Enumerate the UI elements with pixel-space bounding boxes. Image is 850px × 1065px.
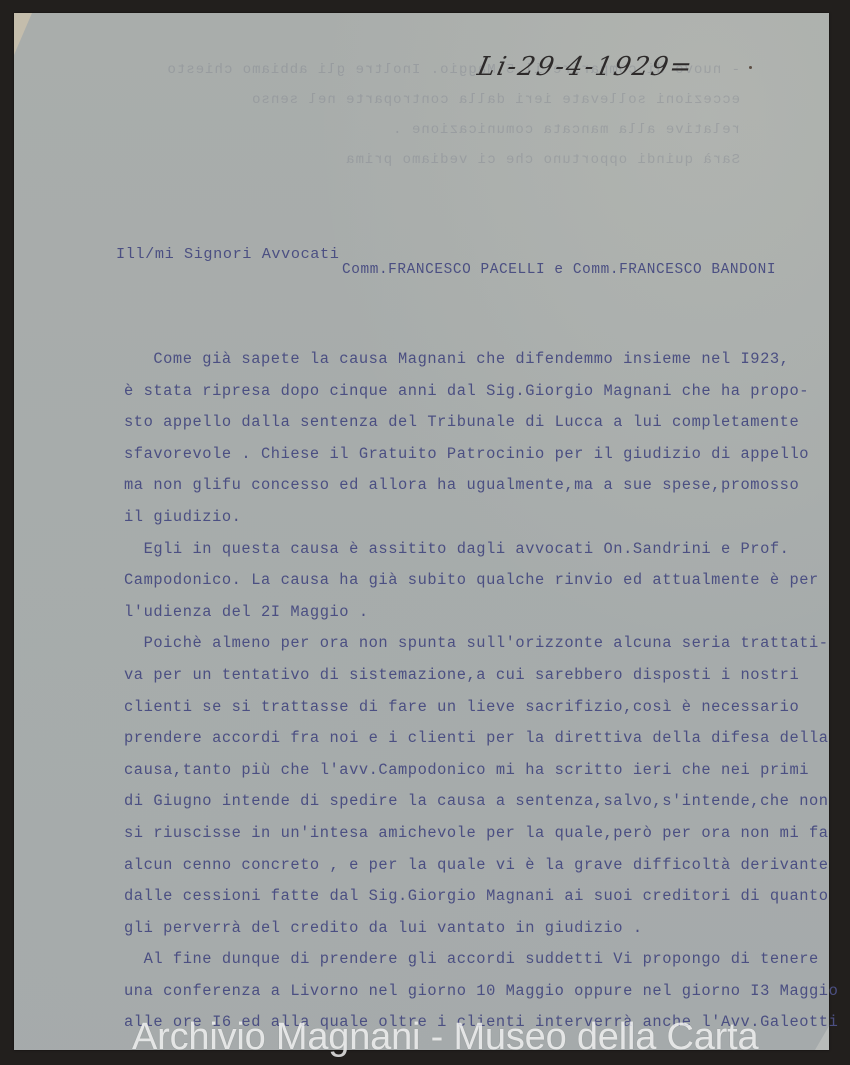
body-line: va per un tentativo di sistemazione,a cu… [124, 660, 850, 692]
salutation: Ill/mi Signori Avvocati [116, 245, 339, 263]
body-line: il giudizio. [124, 502, 850, 534]
ink-spot [749, 66, 752, 69]
body-line: gli perverrà del credito da lui vantato … [124, 913, 850, 945]
body-line: Come già sapete la causa Magnani che dif… [124, 344, 850, 376]
bleed-line: Sarà quindi opportuno che ci vediamo pri… [120, 145, 740, 175]
body-line: prendere accordi fra noi e i clienti per… [124, 723, 850, 755]
body-line: l'udienza del 2I Maggio . [124, 597, 850, 629]
body-line: Egli in questa causa è assitito dagli av… [124, 534, 850, 566]
archive-watermark: Archivio Magnani - Museo della Carta [132, 1016, 758, 1059]
body-line: una conferenza a Livorno nel giorno 10 M… [124, 976, 850, 1008]
recipients: Comm.FRANCESCO PACELLI e Comm.FRANCESCO … [342, 262, 776, 278]
body-line: alcun cenno concreto , e per la quale vi… [124, 850, 850, 882]
body-line: si riuscisse in un'intesa amichevole per… [124, 818, 850, 850]
body-line: di Giugno intende di spedire la causa a … [124, 786, 850, 818]
letter-body: Come già sapete la causa Magnani che dif… [124, 344, 850, 1039]
body-line: causa,tanto più che l'avv.Campodonico mi… [124, 755, 850, 787]
body-line: Poichè almeno per ora non spunta sull'or… [124, 628, 850, 660]
handwritten-date: Li-29-4-1929= [475, 52, 697, 82]
bleed-line: relative alla mancata comunicazione . [120, 115, 740, 145]
body-line: è stata ripresa dopo cinque anni dal Sig… [124, 376, 850, 408]
body-line: sto appello dalla sentenza del Tribunale… [124, 407, 850, 439]
bleed-line: eccezioni sollevate ieri dalla contropar… [120, 85, 740, 115]
body-line: Al fine dunque di prendere gli accordi s… [124, 944, 850, 976]
body-line: Campodonico. La causa ha già subito qual… [124, 565, 850, 597]
body-line: sfavorevole . Chiese il Gratuito Patroci… [124, 439, 850, 471]
body-line: clienti se si trattasse di fare un lieve… [124, 692, 850, 724]
folded-corner-top-left [14, 13, 32, 55]
body-line: ma non glifu concesso ed allora ha ugual… [124, 470, 850, 502]
body-line: dalle cessioni fatte dal Sig.Giorgio Mag… [124, 881, 850, 913]
